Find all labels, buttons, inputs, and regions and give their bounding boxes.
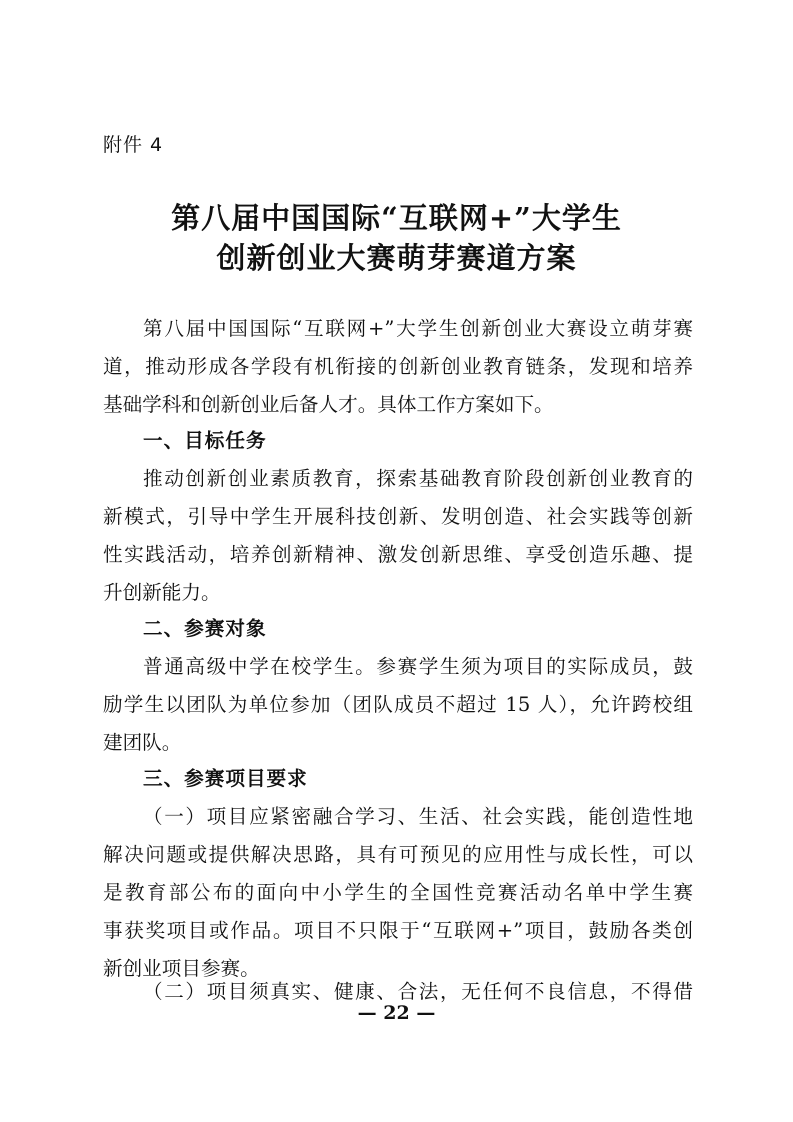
section-line: 推动创新创业素质教育，探索基础教育阶段创新创业教育的 bbox=[143, 462, 693, 491]
section-line: 性实践活动，培养创新精神、激发创新思维、享受创造乐趣、提 bbox=[103, 538, 693, 567]
section-line: （二）项目须真实、健康、合法，无任何不良信息，不得借 bbox=[143, 975, 693, 1004]
attachment-label: 附件 4 bbox=[103, 130, 163, 157]
section-line: 事获奖项目或作品。项目不只限于“互联网+”项目，鼓励各类创 bbox=[103, 914, 693, 943]
section-heading-goals: 一、目标任务 bbox=[143, 424, 267, 453]
document-title-line-2: 创新创业大赛萌芽赛道方案 bbox=[0, 236, 793, 277]
section-line: 建团队。 bbox=[103, 726, 693, 755]
section-line: 新模式，引导中学生开展科技创新、发明创造、社会实践等创新 bbox=[103, 500, 693, 529]
intro-line: 基础学科和创新创业后备人才。具体工作方案如下。 bbox=[103, 388, 693, 417]
section-line: 普通高级中学在校学生。参赛学生须为项目的实际成员，鼓 bbox=[143, 650, 693, 679]
section-line: （一）项目应紧密融合学习、生活、社会实践，能创造性地 bbox=[143, 800, 693, 829]
document-page: 附件 4 第八届中国国际“互联网+”大学生 创新创业大赛萌芽赛道方案 第八届中国… bbox=[0, 0, 793, 1122]
intro-line: 第八届中国国际“互联网+”大学生创新创业大赛设立萌芽赛 bbox=[143, 312, 693, 341]
page-number: — 22 — bbox=[0, 1002, 793, 1024]
section-line: 励学生以团队为单位参加（团队成员不超过 15 人），允许跨校组 bbox=[103, 688, 693, 717]
section-line: 解决问题或提供解决思路，具有可预见的应用性与成长性，可以 bbox=[103, 838, 693, 867]
section-heading-requirements: 三、参赛项目要求 bbox=[143, 762, 308, 791]
section-line: 是教育部公布的面向中小学生的全国性竞赛活动名单中学生赛 bbox=[103, 876, 693, 905]
document-title-line-1: 第八届中国国际“互联网+”大学生 bbox=[0, 196, 793, 237]
section-line: 升创新能力。 bbox=[103, 576, 693, 605]
intro-line: 道，推动形成各学段有机衔接的创新创业教育链条，发现和培养 bbox=[103, 350, 693, 379]
section-heading-participants: 二、参赛对象 bbox=[143, 612, 267, 641]
